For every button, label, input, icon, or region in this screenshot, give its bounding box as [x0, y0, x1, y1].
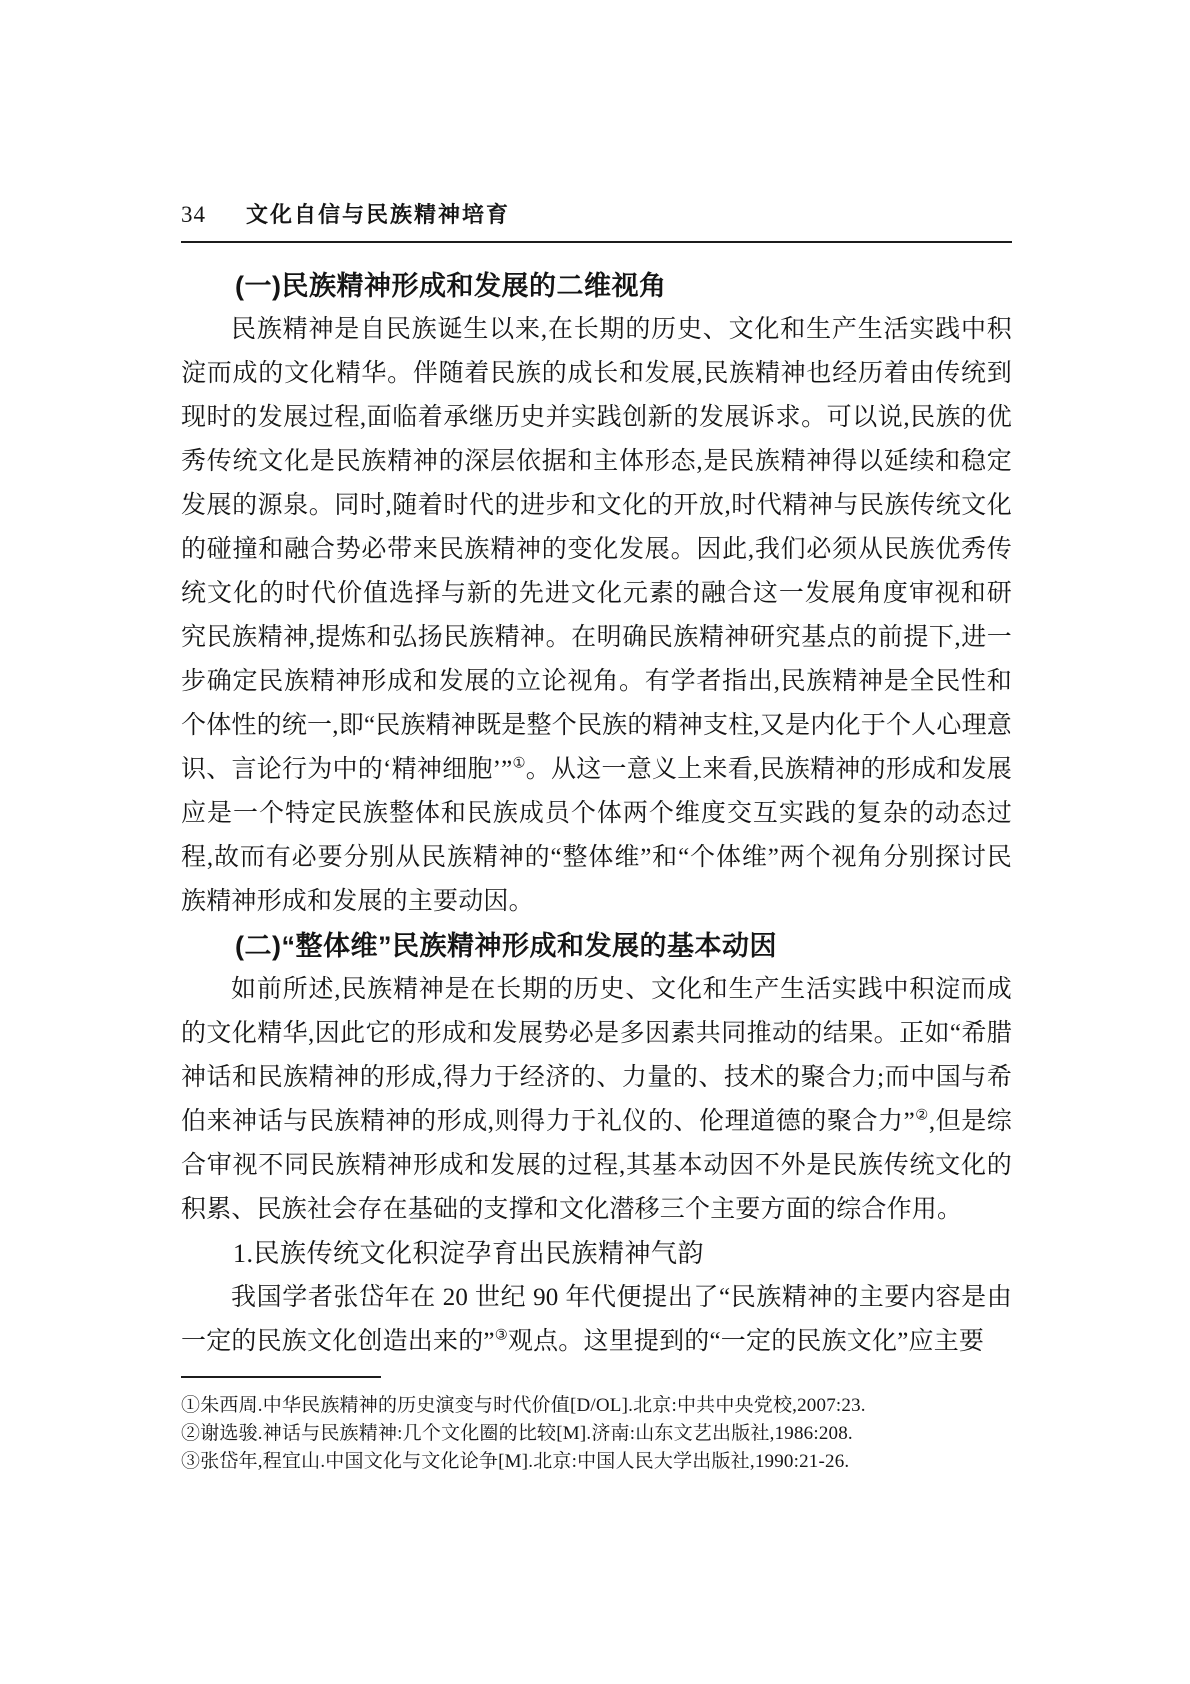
page-number: 34 [181, 202, 206, 228]
footnote-ref-3: ③ [495, 1328, 508, 1344]
paragraph-2: 如前所述,民族精神是在长期的历史、文化和生产生活实践中积淀而成的文化精华,因此它… [181, 968, 1012, 1232]
paragraph-1: 民族精神是自民族诞生以来,在长期的历史、文化和生产生活实践中积淀而成的文化精华。… [181, 308, 1012, 924]
paragraph-2-text: 如前所述,民族精神是在长期的历史、文化和生产生活实践中积淀而成的文化精华,因此它… [181, 976, 1012, 1135]
running-title: 文化自信与民族精神培育 [246, 198, 510, 229]
paragraph-3: 我国学者张岱年在 20 世纪 90 年代便提出了“民族精神的主要内容是由一定的民… [181, 1276, 1012, 1364]
page-header: 34 文化自信与民族精神培育 [181, 198, 1012, 243]
footnotes: ①朱西周.中华民族精神的历史演变与时代价值[D/OL].北京:中共中央党校,20… [181, 1376, 1012, 1476]
paragraph-3-text: 观点。这里提到的“一定的民族文化”应主要 [508, 1328, 984, 1355]
footnote-ref-2: ② [915, 1108, 929, 1124]
paragraph-1-text: 民族精神是自民族诞生以来,在长期的历史、文化和生产生活实践中积淀而成的文化精华。… [181, 316, 1012, 783]
footnote-item: ①朱西周.中华民族精神的历史演变与时代价值[D/OL].北京:中共中央党校,20… [181, 1392, 1012, 1420]
book-page: 34 文化自信与民族精神培育 (一)民族精神形成和发展的二维视角 民族精神是自民… [0, 0, 1190, 1684]
footnote-ref-1: ① [512, 756, 525, 772]
footnote-item: ③张岱年,程宜山.中国文化与文化论争[M].北京:中国人民大学出版社,1990:… [181, 1448, 1012, 1476]
section-heading-1: (一)民族精神形成和发展的二维视角 [181, 264, 1012, 308]
footnote-item: ②谢选骏.神话与民族精神:几个文化圈的比较[M].济南:山东文艺出版社,1986… [181, 1420, 1012, 1448]
section-heading-2: (二)“整体维”民族精神形成和发展的基本动因 [181, 924, 1012, 968]
subsection-heading-1: 1.民族传统文化积淀孕育出民族精神气韵 [181, 1232, 1012, 1276]
page-body: (一)民族精神形成和发展的二维视角 民族精神是自民族诞生以来,在长期的历史、文化… [181, 264, 1012, 1476]
footnote-divider [181, 1376, 381, 1378]
